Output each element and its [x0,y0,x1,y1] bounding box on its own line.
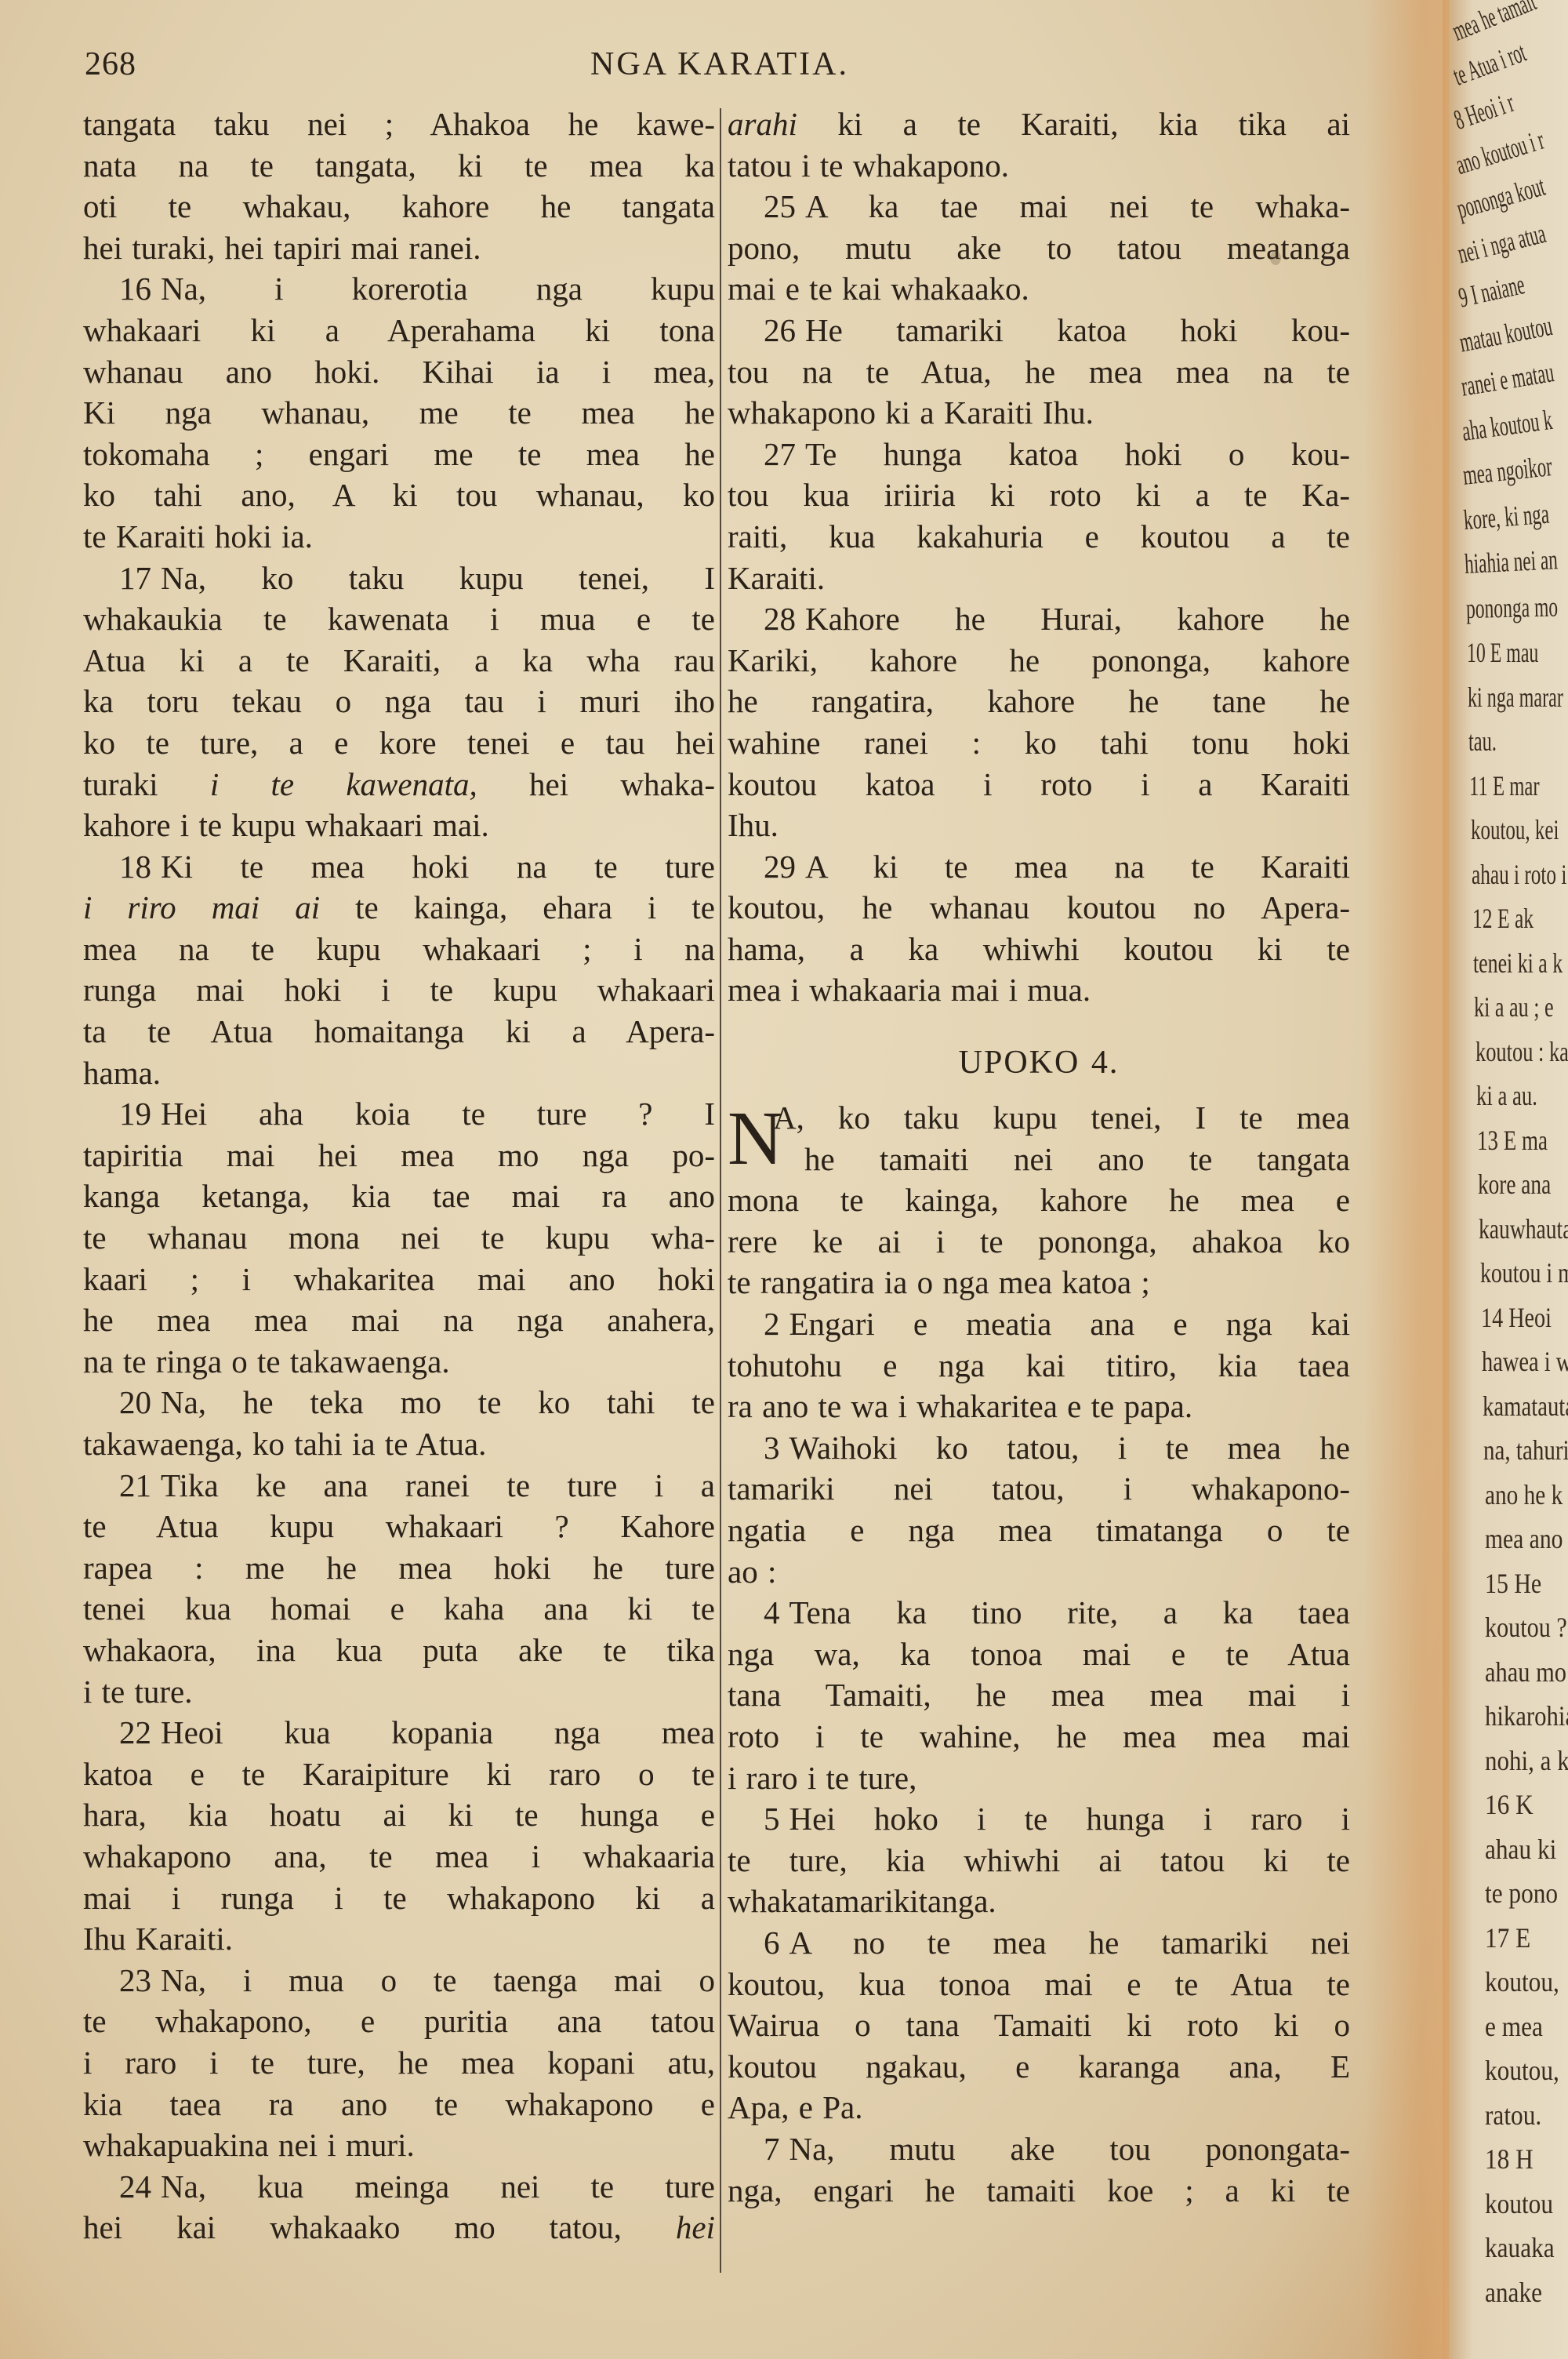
gutter-shadow [1364,0,1458,2359]
text-line: A, ko taku kupu tenei, I te mea [728,1097,1350,1139]
text-line: koutou katoa i roto i a Karaiti [728,764,1350,805]
adjacent-page-text-fragment: ahau ki [1485,1833,1556,1866]
verse-start-line: 27Te hunga katoa hoki o kou- [728,434,1350,475]
text-line: ko te ture, a e kore tenei e tau hei [83,722,715,764]
text-line: i raro i te ture, [728,1757,1350,1799]
adjacent-page-text-fragment: 12 E ak [1472,902,1534,935]
text-line: koutou ngakau, e karanga ana, E [728,2046,1350,2088]
adjacent-page-text-fragment: koutou, kei [1471,813,1559,846]
verse-start-line: 17Na, ko taku kupu tenei, I [83,558,715,599]
text-line: he tamaiti nei ano te tangata [728,1139,1350,1180]
text-line: hara, kia hoatu ai ki te hunga e [83,1794,715,1836]
text-line: whakaora, ina kua puta ake te tika [83,1630,715,1671]
adjacent-page-text-fragment: hawea i wh [1482,1345,1568,1378]
text-line: i raro i te ture, he mea kopani atu, [83,2042,715,2084]
text-line: runga mai hoki i te kupu whakaari [83,969,715,1011]
text-line: rere ke ai i te pononga, ahakoa ko [728,1221,1350,1263]
adjacent-page-text-fragment: 11 E mar [1469,769,1540,802]
adjacent-page-edge: mea he tamaitte Atua i rot8 Heoi i rano … [1449,0,1568,2359]
chapter-heading: UPOKO 4. [728,1031,1350,1094]
chapter-opening: N A, ko taku kupu tenei, I te mea he tam… [728,1097,1350,1179]
verse-number: 28 [764,601,796,637]
text-line: kaari ; i whakaritea mai ano hoki [83,1259,715,1300]
book-page: 268 NGA KARATIA. tangata taku nei ; Ahak… [0,0,1443,2359]
text-line: whakapono ana, te mea i whakaaria [83,1836,715,1877]
text-line: i te ture. [83,1671,715,1713]
text-line: tokomaha ; engari me te mea he [83,434,715,475]
text-line: whakaukia te kawenata i mua e te [83,598,715,640]
adjacent-page-text-fragment: 15 He [1485,1567,1541,1600]
text-line: whakaari ki a Aperahama ki tona [83,310,715,351]
verse-start-line: 29A ki te mea na te Karaiti [728,846,1350,888]
right-column-bottom-verses: mona te kainga, kahore he mea erere ke a… [728,1179,1350,2211]
text-line: he mea mea mai na nga anahera, [83,1299,715,1341]
adjacent-page-text-fragment: ahau mo [1485,1656,1566,1688]
adjacent-page-text-fragment: hikarohia [1485,1699,1568,1732]
text-line: tamariki nei tatou, i whakapono- [728,1468,1350,1510]
adjacent-page-text-fragment: anake [1485,2276,1542,2309]
adjacent-page-text-fragment: 13 E ma [1477,1124,1548,1157]
adjacent-page-text-fragment: hiahia nei an [1464,543,1559,580]
text-line: ka toru tekau o nga tau i muri iho [83,681,715,722]
verse-start-line: 2Engari e meatia ana e nga kai [728,1303,1350,1345]
text-line: hama. [83,1052,715,1094]
adjacent-page-text-fragment: ki nga marar [1468,681,1563,714]
text-line: te Karaiti hoki ia. [83,516,715,558]
verse-number: 23 [119,1962,151,1998]
adjacent-page-text-fragment: 9 I naiane [1456,267,1528,314]
text-line: mai i runga i te whakapono ki a [83,1877,715,1919]
text-line: kahore i te kupu whakaari mai. [83,805,715,846]
verse-number: 22 [119,1714,151,1750]
adjacent-page-text-fragment: koutou, [1485,1965,1559,1998]
text-line: takawaenga, ko tahi ia te Atua. [83,1423,715,1465]
text-line: na te ringa o te takawaenga. [83,1341,715,1383]
text-line: whakapuakina nei i muri. [83,2125,715,2166]
adjacent-page-text-fragment: kauaka [1485,2231,1555,2264]
text-line: te whakapono, e puritia ana tatou [83,2001,715,2042]
verse-number: 27 [764,436,796,472]
verse-start-line: 18Ki te mea hoki na te ture [83,846,715,888]
adjacent-page-text-fragment: koutou i m [1480,1256,1568,1289]
italic-text: i te kawenata, [210,766,477,802]
text-line: tenei kua homai e kaha ana ki te [83,1588,715,1630]
verse-number: 4 [764,1594,780,1630]
verse-start-line: 23Na, i mua o te taenga mai o [83,1960,715,2001]
text-line: ao : [728,1551,1350,1593]
adjacent-page-text-fragment: te pono [1485,1877,1558,1910]
text-line: arahi ki a te Karaiti, kia tika ai [728,104,1350,145]
adjacent-page-text-fragment: ki a au ; e [1474,990,1554,1023]
text-line: Karaiti. [728,558,1350,599]
italic-text: arahi [728,106,797,142]
adjacent-page-text-fragment: ahau i roto i [1472,858,1566,891]
verse-number: 24 [119,2168,151,2205]
page-title: NGA KARATIA. [85,45,1355,83]
adjacent-page-text-fragment: 8 Heoi i r [1450,85,1519,136]
adjacent-page-text-fragment: ratou. [1485,2099,1541,2132]
column-divider [720,108,721,2273]
text-line: kia taea ra ano te whakapono e [83,2084,715,2125]
verse-number: 3 [764,1430,780,1466]
text-line: i riro mai ai te kainga, ehara i te [83,887,715,929]
verse-number: 21 [119,1467,151,1503]
adjacent-page-text-fragment: 17 E [1485,1921,1530,1954]
verse-start-line: 5Hei hoko i te hunga i raro i [728,1798,1350,1840]
text-line: tangata taku nei ; Ahakoa he kawe- [83,104,715,145]
adjacent-page-text-fragment: tau. [1468,725,1497,758]
text-line: tatou i te whakapono. [728,145,1350,187]
adjacent-page-text-fragment: mea ngoikor [1461,449,1554,492]
right-column: arahi ki a te Karaiti, kia tika aitatou … [728,104,1350,2211]
verse-number: 26 [764,312,796,348]
verse-number: 17 [119,560,151,596]
adjacent-page-text-fragment: koutou ? [1485,1611,1567,1644]
adjacent-page-text-fragment: kore ana [1478,1168,1551,1201]
adjacent-page-text-fragment: nohi, a k [1485,1744,1568,1777]
text-line: te ture, kia whiwhi ai tatou ki te [728,1840,1350,1881]
italic-text: hei [676,2209,715,2245]
verse-start-line: 20Na, he teka mo te ko tahi te [83,1382,715,1423]
adjacent-page-text-fragment: mea he tamait [1449,0,1541,47]
adjacent-page-text-fragment: matau koutou [1457,309,1555,359]
text-line: mona te kainga, kahore he mea e [728,1179,1350,1221]
verse-start-line: 28Kahore he Hurai, kahore he [728,598,1350,640]
adjacent-page-text-fragment: na, tahuri [1483,1434,1568,1467]
text-line: hei turaki, hei tapiri mai ranei. [83,227,715,269]
text-line: wahine ranei : ko tahi tonu hoki [728,722,1350,764]
text-line: nga wa, ka tonoa mai e te Atua [728,1634,1350,1675]
text-line: nata na te tangata, ki te mea ka [83,145,715,187]
adjacent-page-text-fragment: kore, ki nga [1463,496,1551,536]
text-line: mea i whakaaria mai i mua. [728,969,1350,1011]
verse-number: 7 [764,2131,780,2167]
verse-start-line: 26He tamariki katoa hoki kou- [728,310,1350,351]
adjacent-page-text-fragment: koutou [1485,2187,1553,2220]
text-line: tou na te Atua, he mea mea na te [728,351,1350,393]
text-line: Wairua o tana Tamaiti ki roto ki o [728,2005,1350,2046]
verse-start-line: 6A no te mea he tamariki nei [728,1922,1350,1964]
text-line: ko tahi ano, A ki tou whanau, ko [83,474,715,516]
verse-start-line: 19Hei aha koia te ture ? I [83,1093,715,1135]
verse-start-line: 7Na, mutu ake tou pononga­ta- [728,2128,1350,2170]
verse-start-line: 3Waihoki ko tatou, i te mea he [728,1427,1350,1469]
adjacent-page-text-fragment: pononga mo [1465,590,1558,624]
text-line: tohutohu e nga kai titiro, kia taea [728,1345,1350,1387]
text-line: tana Tamaiti, he mea mea mai i [728,1674,1350,1716]
adjacent-page-text-fragment: 14 Heoi [1481,1301,1552,1334]
adjacent-page-text-fragment: ranei e matau [1458,355,1555,402]
adjacent-page-text-fragment: kamatauta [1483,1390,1568,1423]
text-line: te whanau mona nei te kupu wha- [83,1217,715,1259]
text-line: hei kai whakaako mo tatou, hei [83,2207,715,2248]
text-line: katoa e te Karaipiture ki raro o te [83,1754,715,1795]
adjacent-page-text-fragment: 16 K [1485,1788,1534,1821]
text-line: whakatamarikitanga. [728,1881,1350,1922]
adjacent-page-text-fragment: nei i nga atua [1454,216,1549,270]
text-line: hama, a ka whiwhi koutou ki te [728,929,1350,970]
text-line: kanga ketanga, kia tae mai ra ano [83,1176,715,1217]
text-line: oti te whakau, kahore he tangata [83,186,715,227]
text-line: Ki nga whanau, me te mea he [83,392,715,434]
text-line: ta te Atua homaitanga ki a Apera- [83,1011,715,1052]
adjacent-page-text-fragment: aha koutou k [1460,402,1554,447]
adjacent-page-text-fragment: 18 H [1485,2143,1534,2175]
adjacent-page-text-fragment: 10 E mau [1467,636,1538,669]
verse-number: 2 [764,1306,780,1342]
adjacent-page-text-fragment: tenei ki a k [1473,947,1563,980]
text-line: rapea : me he mea hoki he ture [83,1547,715,1589]
verse-start-line: 25A ka tae mai nei te whaka- [728,186,1350,227]
adjacent-page-text-fragment: ki a au. [1476,1079,1537,1112]
right-column-top-verses: arahi ki a te Karaiti, kia tika aitatou … [728,104,1350,1011]
verse-start-line: 24Na, kua meinga nei te ture [83,2166,715,2208]
left-column: tangata taku nei ; Ahakoa he kawe-nata n… [83,104,715,2248]
drop-cap: N [728,1100,783,1177]
adjacent-page-text-fragment: koutou, [1485,2054,1559,2087]
paper-stain [1270,251,1281,265]
text-line: whakapono ki a Karaiti Ihu. [728,392,1350,434]
text-line: whanau ano hoki. Kihai ia i mea, [83,351,715,393]
text-line: pono, mutu ake to tatou meatanga [728,227,1350,269]
adjacent-page-text-fragment: kauwhauta [1479,1212,1568,1245]
text-line: tou kua iriiria ki roto ki a te Ka- [728,474,1350,516]
verse-start-line: 21Tika ke ana ranei te ture i a [83,1465,715,1507]
text-line: koutou, kua tonoa mai e te Atua te [728,1964,1350,2005]
text-line: te Atua kupu whakaari ? Kahore [83,1506,715,1547]
verse-number: 18 [119,849,151,885]
verse-number: 25 [764,188,796,224]
adjacent-page-text-fragment: koutou : ka [1475,1035,1568,1068]
text-line: Apa, e Pa. [728,2087,1350,2128]
text-line: he rangatira, kahore he tane he [728,681,1350,722]
text-line: roto i te wahine, he mea mea mai [728,1716,1350,1757]
verse-start-line: 4Tena ka tino rite, a ka taea [728,1592,1350,1634]
verse-number: 20 [119,1384,151,1420]
verse-number: 29 [764,849,796,885]
text-line: ngatia e nga mea timatanga o te [728,1510,1350,1551]
verse-number: 5 [764,1801,780,1837]
text-line: raiti, kua kakahuria e koutou a te [728,516,1350,558]
text-line: koutou, he whanau koutou no Apera- [728,887,1350,929]
adjacent-page-text-fragment: e mea [1485,2010,1543,2043]
text-line: turaki i te kawenata, hei whaka- [83,764,715,805]
text-line: mea na te kupu whakaari ; i na [83,929,715,970]
verse-number: 16 [119,271,151,307]
verse-start-line: 22Heoi kua kopania nga mea [83,1712,715,1754]
text-line: Atua ki a te Karaiti, a ka wha rau [83,640,715,682]
verse-start-line: 16Na, i korerotia nga kupu [83,268,715,310]
adjacent-page-text-fragment: mea ano h [1485,1522,1568,1555]
text-line: ra ano te wa i whakaritea e te papa. [728,1386,1350,1427]
text-line: te rangatira ia o nga mea katoa ; [728,1262,1350,1303]
text-line: Kariki, kahore he pononga, kahore [728,640,1350,682]
text-line: Ihu Karaiti. [83,1918,715,1960]
verse-number: 19 [119,1096,151,1132]
verse-number: 6 [764,1925,780,1961]
text-line: nga, engari he tamaiti koe ; a ki te [728,2170,1350,2212]
italic-text: i riro mai ai [83,889,320,925]
text-line: Ihu. [728,805,1350,846]
adjacent-page-text-fragment: ano he k [1485,1478,1563,1511]
text-line: tapiritia mai hei mea mo nga po- [83,1135,715,1176]
running-head: 268 NGA KARATIA. [85,45,1355,93]
text-line: mai e te kai whakaako. [728,268,1350,310]
